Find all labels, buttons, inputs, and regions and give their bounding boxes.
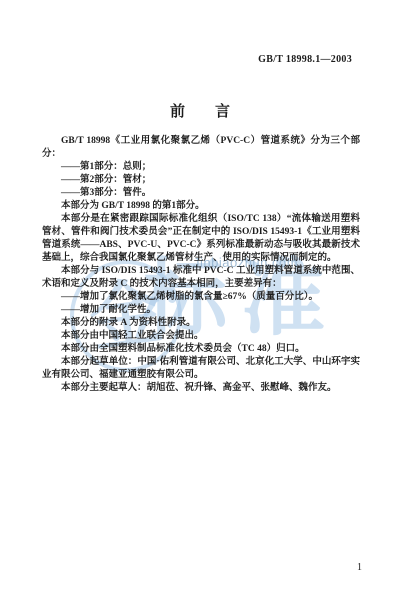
paragraph: 本部分与 ISO/DIS 15493-1 标准中 PVC-C 工业用塑料管道系统… (42, 265, 360, 291)
paragraph: 本部分为 GB/T 18998 的第1部分。 (42, 200, 360, 213)
document-page: 金 标准 Jinbiaozhun.com GB/T 18998.1—2003 前… (0, 0, 400, 596)
paragraph: 本部分是在紧密跟踪国际标准化组织（ISO/TC 138）“流体输送用塑料管材、管… (42, 213, 360, 265)
paragraph: ——增加了耐化学性。 (42, 304, 360, 317)
page-number: 1 (357, 562, 362, 573)
paragraph: ——第1部分：总则； (42, 161, 360, 174)
paragraph: ——增加了氯化聚氯乙烯树脂的氯含量≥67%（质量百分比）。 (42, 291, 360, 304)
paragraph: 本部分起草单位：中国·佑利管道有限公司、北京化工大学、中山环宇实业有限公司、福建… (42, 356, 360, 382)
page-title: 前 言 (0, 100, 400, 121)
paragraph: 本部分主要起草人：胡旭莅、祝升锋、高金平、张慰峰、魏作友。 (42, 382, 360, 395)
foreword-body: GB/T 18998《工业用氯化聚氯乙烯（PVC-C）管道系统》分为三个部分： … (42, 135, 360, 395)
standard-code-header: GB/T 18998.1—2003 (0, 54, 352, 65)
paragraph: GB/T 18998《工业用氯化聚氯乙烯（PVC-C）管道系统》分为三个部分： (42, 135, 360, 161)
paragraph: ——第2部分：管材； (42, 174, 360, 187)
paragraph: 本部分由中国轻工业联合会提出。 (42, 330, 360, 343)
paragraph: 本部分的附录 A 为资料性附录。 (42, 317, 360, 330)
paragraph: ——第3部分：管件。 (42, 187, 360, 200)
paragraph: 本部分由全国塑料制品标准化技术委员会（TC 48）归口。 (42, 343, 360, 356)
